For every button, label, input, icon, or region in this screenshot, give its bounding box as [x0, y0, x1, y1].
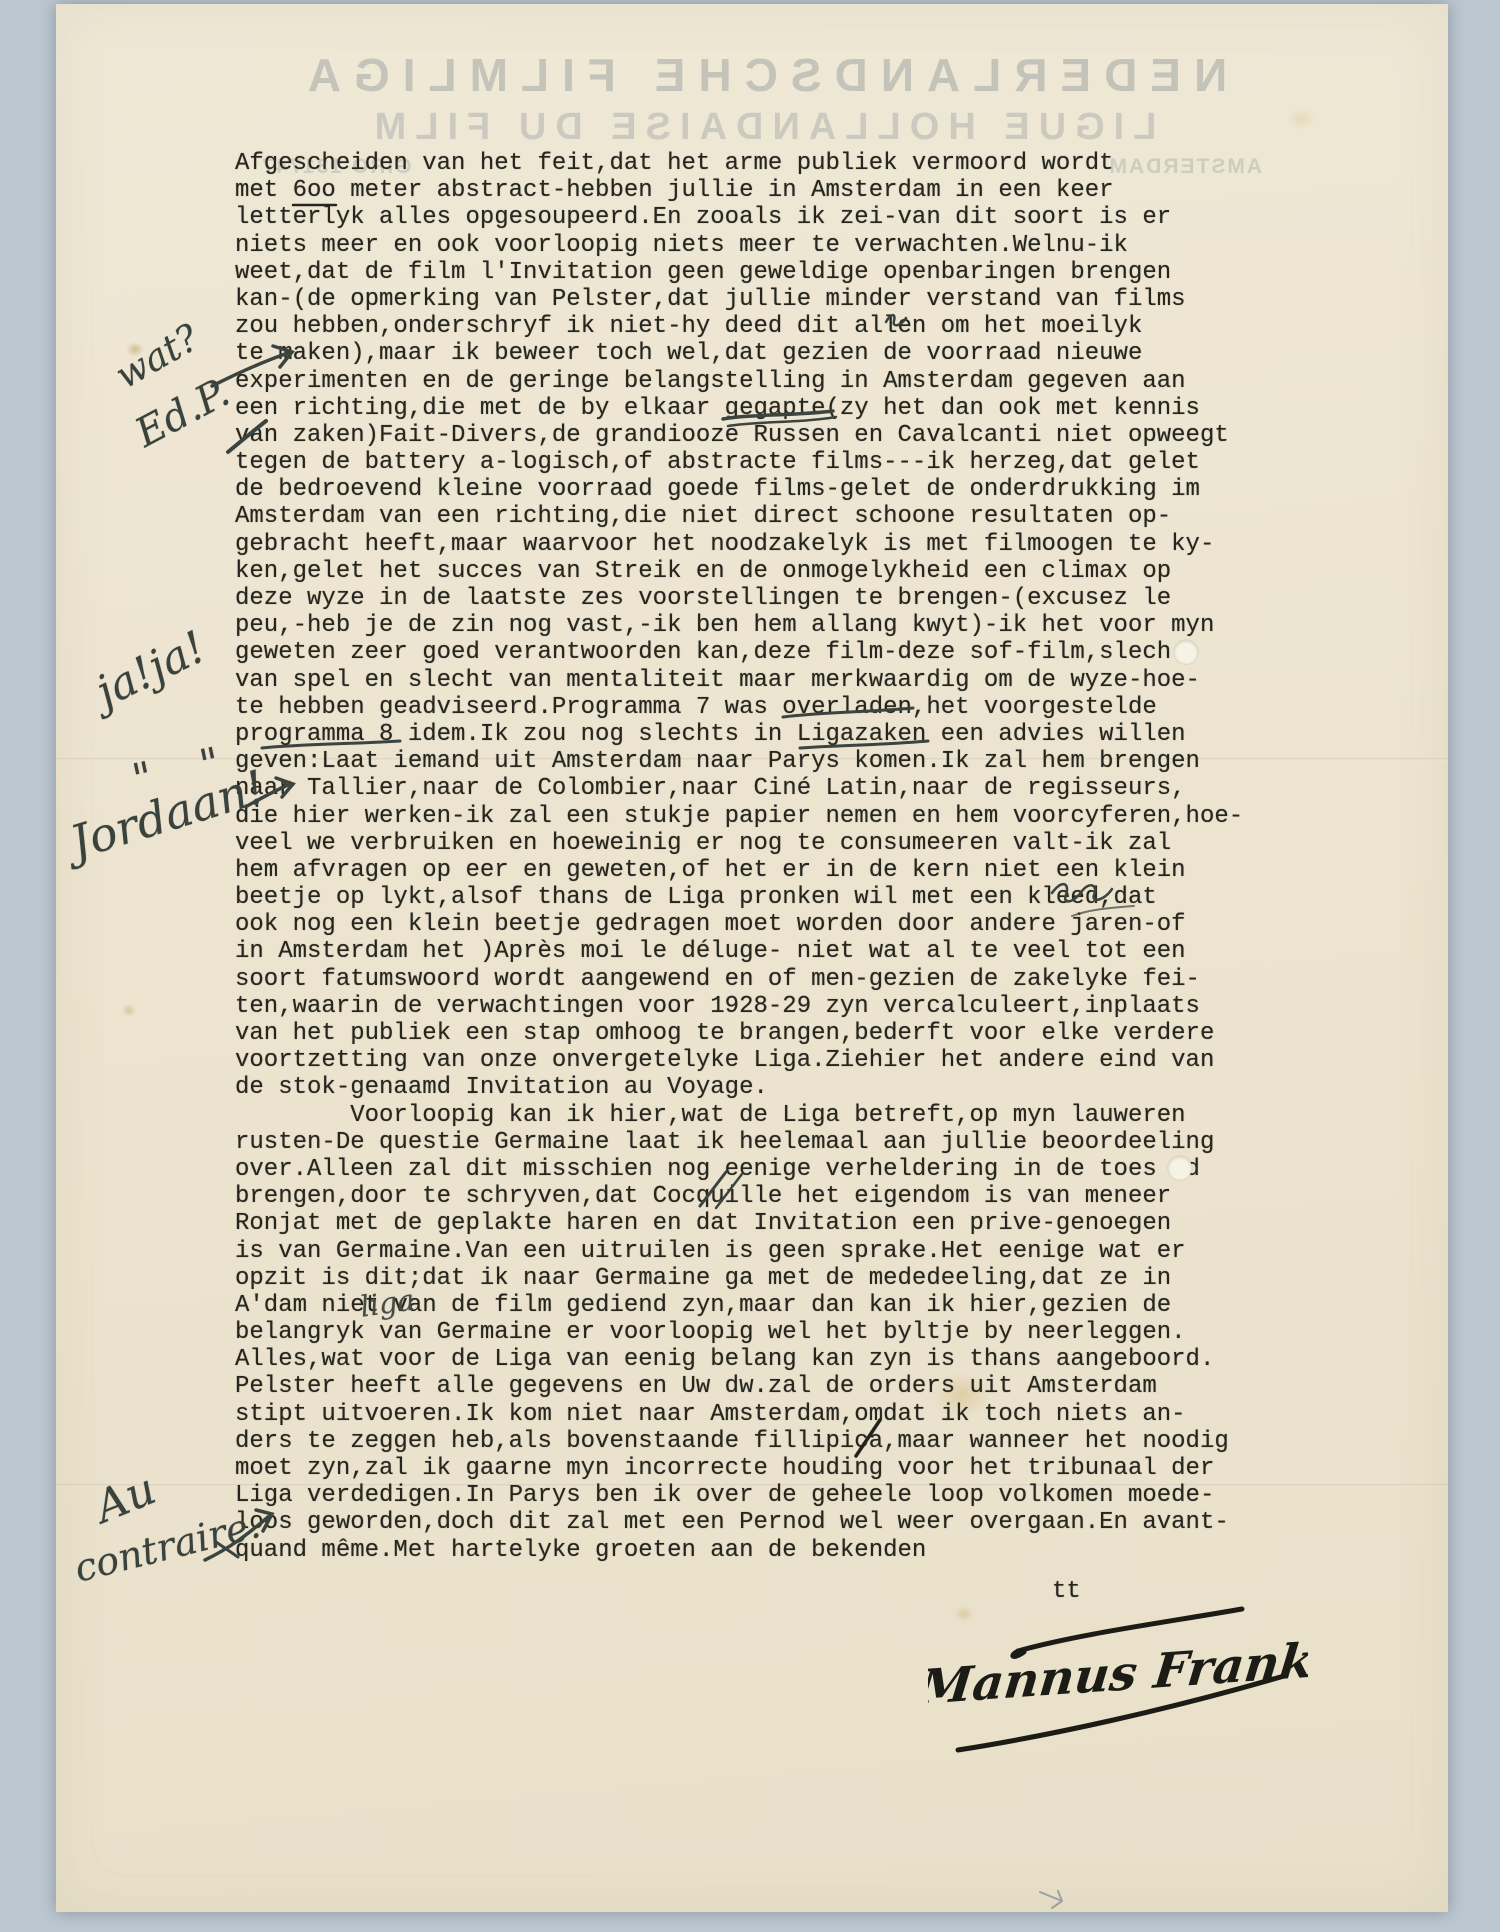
- typed-line: stipt uitvoeren.Ik kom niet naar Amsterd…: [235, 1401, 1243, 1428]
- bleedthrough-line1: NEDERLANDSCHE FILMLIGA: [246, 48, 1276, 102]
- typed-line: brengen,door te schryven,dat Cocquille h…: [235, 1183, 1243, 1210]
- typed-line: experimenten en de geringe belangstellin…: [235, 368, 1243, 395]
- typed-line: ken,gelet het succes van Streik en de on…: [235, 558, 1243, 585]
- typed-line: quand même.Met hartelyke groeten aan de …: [235, 1537, 1243, 1564]
- typed-line: Amsterdam van een richting,die niet dire…: [235, 503, 1243, 530]
- typed-line: belangryk van Germaine er voorloopig wel…: [235, 1319, 1243, 1346]
- typed-line: beetje op lykt,alsof thans de Liga pronk…: [235, 884, 1243, 911]
- typed-line: te hebben geadviseerd.Programma 7 was ov…: [235, 694, 1243, 721]
- typed-line: die hier werken-ik zal een stukje papier…: [235, 803, 1243, 830]
- punch-hole: [1168, 1156, 1192, 1180]
- typed-line: weet,dat de film l'Invitation geen gewel…: [235, 259, 1243, 286]
- typed-line: een richting,die met de by elkaar gegapt…: [235, 395, 1243, 422]
- typed-line: tegen de battery a-logisch,of abstracte …: [235, 449, 1243, 476]
- signature: Mannus Franken: [928, 1598, 1308, 1773]
- typed-line: geweten zeer goed verantwoorden kan,deze…: [235, 639, 1243, 666]
- paper-stain: [122, 1004, 136, 1017]
- typed-line: hem afvragen op eer en geweten,of het er…: [235, 857, 1243, 884]
- signature-name: Mannus Franken: [928, 1629, 1308, 1716]
- typed-line: over.Alleen zal dit misschien nog eenige…: [235, 1156, 1243, 1183]
- typed-line: voortzetting van onze onvergetelyke Liga…: [235, 1047, 1243, 1074]
- typed-line: van spel en slecht van mentaliteit maar …: [235, 667, 1243, 694]
- typed-line: moet zyn,zal ik gaarne myn incorrecte ho…: [235, 1455, 1243, 1482]
- typed-line: Afgescheiden van het feit,dat het arme p…: [235, 150, 1243, 177]
- typed-line: programma 8 idem.Ik zou nog slechts in L…: [235, 721, 1243, 748]
- typed-line: te maken),maar ik beweer toch wel,dat ge…: [235, 340, 1243, 367]
- typed-line: geven:Laat iemand uit Amsterdam naar Par…: [235, 748, 1243, 775]
- punch-hole: [1174, 640, 1198, 664]
- typed-line: zou hebben,onderschryf ik niet-hy deed d…: [235, 313, 1243, 340]
- typed-line: soort fatumswoord wordt aangewend en of …: [235, 966, 1243, 993]
- typed-line: loos geworden,doch dit zal met een Perno…: [235, 1509, 1243, 1536]
- typed-line: deze wyze in de laatste zes voorstelling…: [235, 585, 1243, 612]
- typed-line: met 6oo meter abstract-hebben jullie in …: [235, 177, 1243, 204]
- typed-line: peu,-heb je de zin nog vast,-ik ben hem …: [235, 612, 1243, 639]
- typed-line: de bedroevend kleine voorraad goede film…: [235, 476, 1243, 503]
- typed-lines: Afgescheiden van het feit,dat het arme p…: [235, 150, 1243, 1564]
- bleedthrough-line2: LIGUE HOLLANDAISE DU FILM: [246, 106, 1276, 149]
- typed-line: naar Tallier,naar de Colombier,naar Ciné…: [235, 775, 1243, 802]
- typed-line: gebracht heeft,maar waarvoor het noodzak…: [235, 531, 1243, 558]
- typed-line: ten,waarin de verwachtingen voor 1928-29…: [235, 993, 1243, 1020]
- typed-line: Voorloopig kan ik hier,wat de Liga betre…: [235, 1102, 1243, 1129]
- typed-line: is van Germaine.Van een uitruilen is gee…: [235, 1238, 1243, 1265]
- typed-line: ders te zeggen heb,als bovenstaande fill…: [235, 1428, 1243, 1455]
- typed-line: Ronjat met de geplakte haren en dat Invi…: [235, 1210, 1243, 1237]
- typed-line: van het publiek een stap omhoog te brang…: [235, 1020, 1243, 1047]
- typed-line: veel we verbruiken en hoeweinig er nog t…: [235, 830, 1243, 857]
- typed-line: Pelster heeft alle gegevens en Uw dw.zal…: [235, 1373, 1243, 1400]
- typed-line: Alles,wat voor de Liga van eenig belang …: [235, 1346, 1243, 1373]
- typed-line: Liga verdedigen.In Parys ben ik over de …: [235, 1482, 1243, 1509]
- typed-line: kan-(de opmerking van Pelster,dat jullie…: [235, 286, 1243, 313]
- typed-line: van zaken)Fait-Divers,de grandiooze Russ…: [235, 422, 1243, 449]
- typed-line: ook nog een klein beetje gedragen moet w…: [235, 911, 1243, 938]
- typed-line: rusten-De questie Germaine laat ik heele…: [235, 1129, 1243, 1156]
- typed-line: de stok-genaamd Invitation au Voyage.: [235, 1074, 1243, 1101]
- paper-stain: [1286, 108, 1316, 130]
- typed-line: in Amsterdam het )Après moi le déluge- n…: [235, 938, 1243, 965]
- typed-line: niets meer en ook voorloopig niets meer …: [235, 232, 1243, 259]
- typed-line: letterlyk alles opgesoupeerd.En zooals i…: [235, 204, 1243, 231]
